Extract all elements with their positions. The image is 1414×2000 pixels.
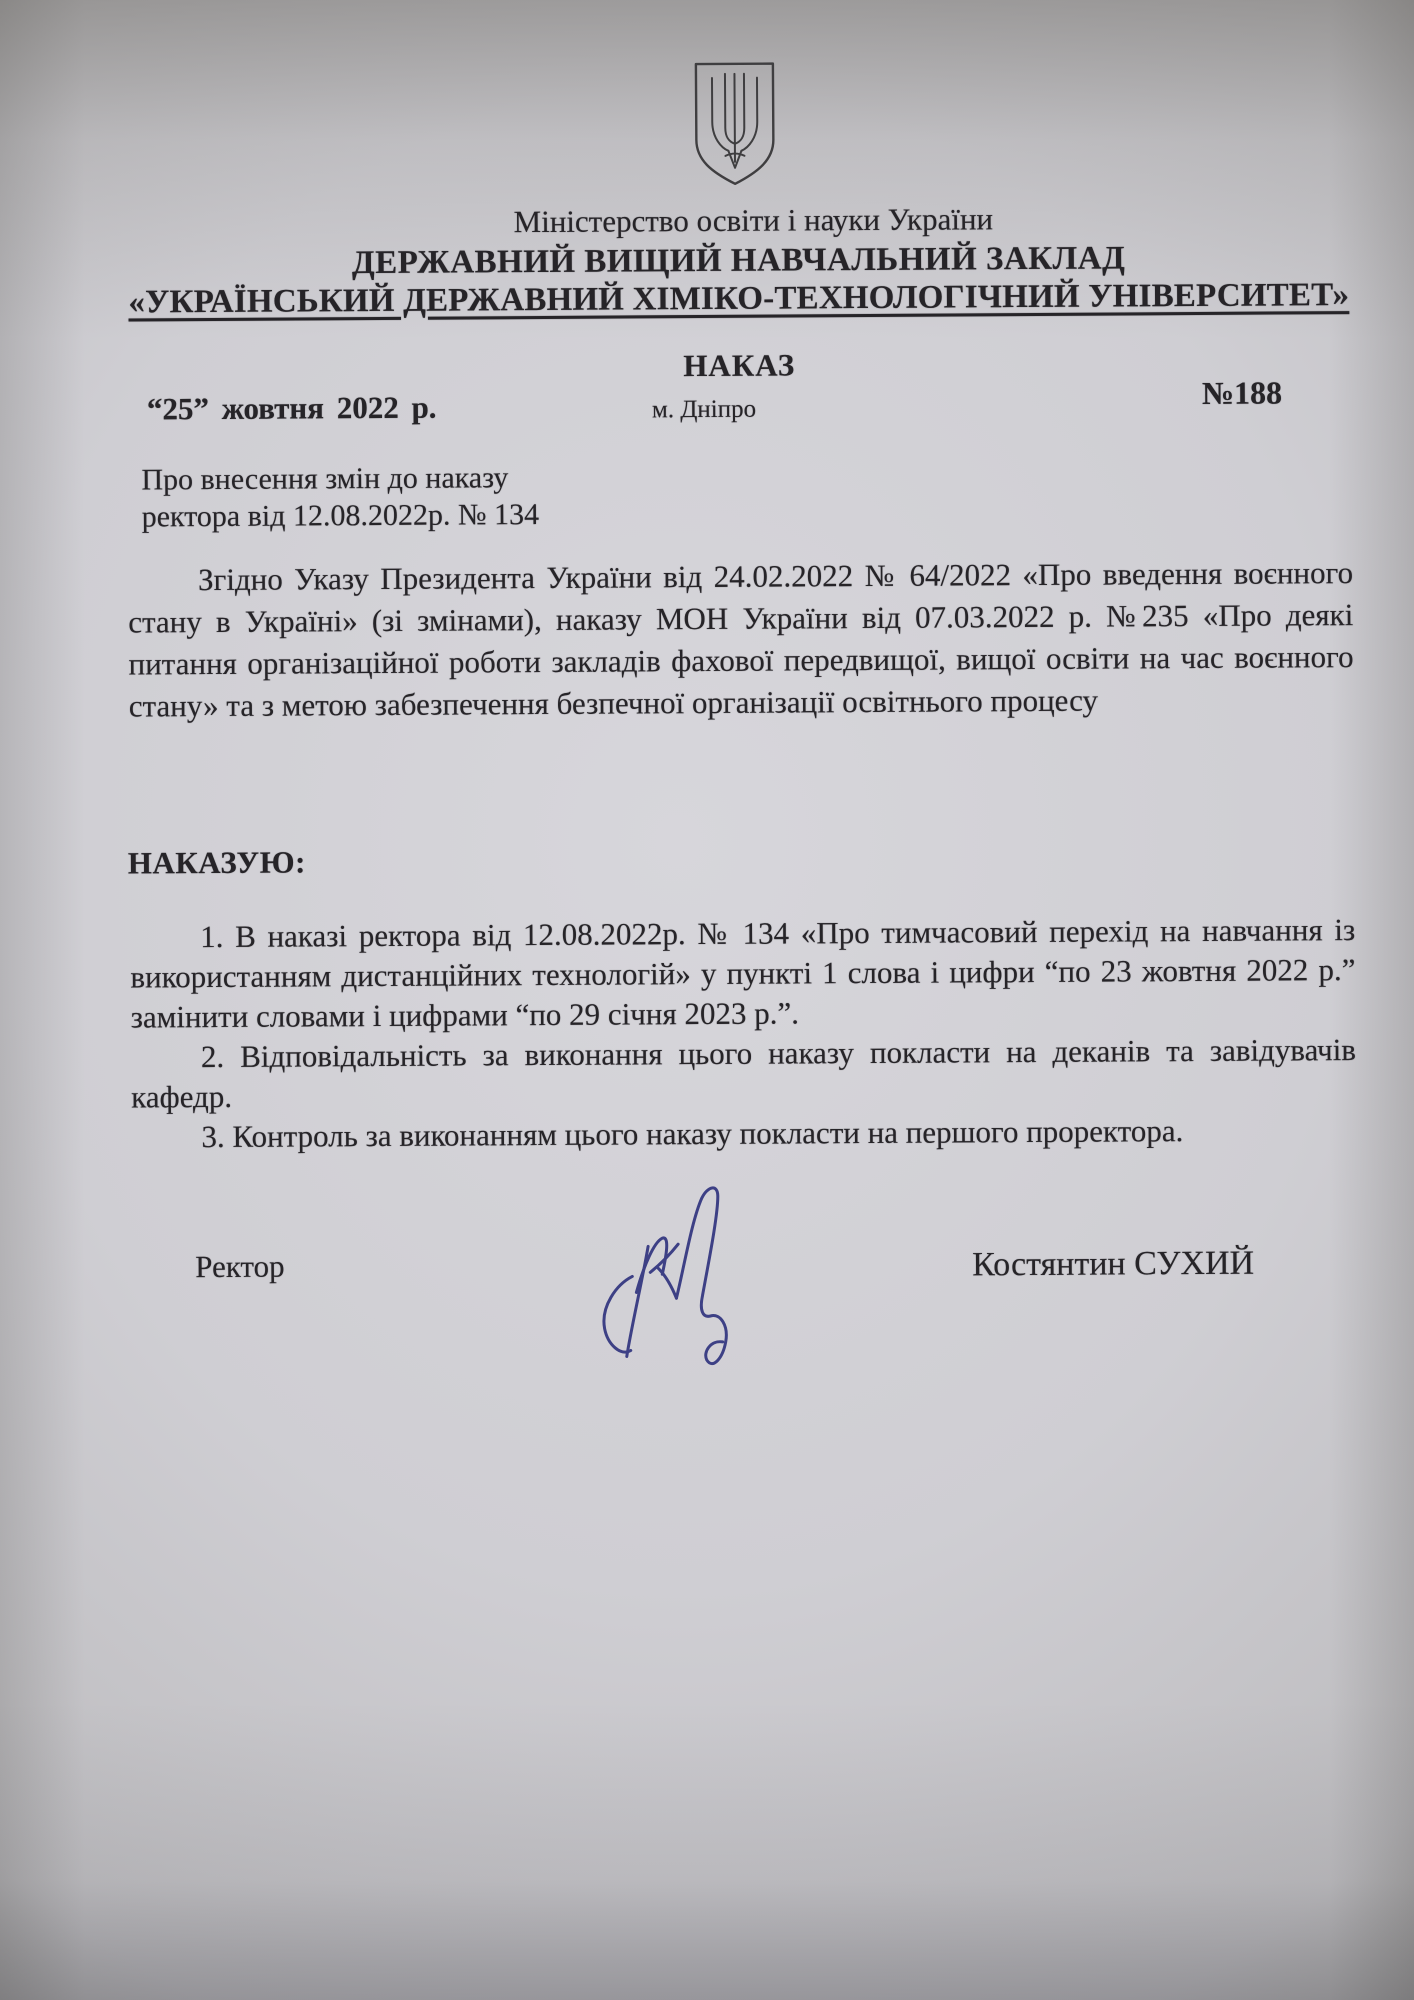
order-item-1: 1. В наказі ректора від 12.08.2022р. № 1… bbox=[130, 910, 1356, 1037]
signer-name: Костянтин СУХИЙ bbox=[972, 1245, 1254, 1285]
institution-name-line: «УКРАЇНСЬКИЙ ДЕРЖАВНИЙ ХІМІКО-ТЕХНОЛОГІЧ… bbox=[126, 277, 1351, 321]
handwritten-signature bbox=[592, 1180, 743, 1386]
document-content: Міністерство освіти і науки України ДЕРЖ… bbox=[0, 0, 1414, 2000]
order-item-3: 3. Контроль за виконанням цього наказу п… bbox=[131, 1110, 1356, 1157]
signer-title: Ректор bbox=[195, 1249, 285, 1286]
ukraine-tryzub-emblem-icon bbox=[688, 58, 782, 191]
order-date: “25” жовтня 2022 р. bbox=[147, 390, 437, 428]
scanned-order-page: Міністерство освіти і науки України ДЕРЖ… bbox=[0, 0, 1414, 2000]
subject-line-2: ректора від 12.08.2022р. № 134 bbox=[142, 496, 540, 535]
order-subject: Про внесення змін до наказу ректора від … bbox=[141, 459, 539, 535]
subject-line-1: Про внесення змін до наказу bbox=[141, 459, 539, 498]
order-heading: НАКАЗУЮ: bbox=[128, 844, 306, 881]
order-city: м. Дніпро bbox=[652, 396, 756, 425]
institution-type-line: ДЕРЖАВНИЙ ВИЩИЙ НАВЧАЛЬНИЙ ЗАКЛАД bbox=[126, 239, 1351, 283]
order-item-2: 2. Відповідальність за виконання цього н… bbox=[131, 1030, 1356, 1117]
ministry-line: Міністерство освіти і науки України bbox=[141, 199, 1366, 242]
order-preamble: Згідно Указу Президента України від 24.0… bbox=[128, 552, 1354, 727]
order-items: 1. В наказі ректора від 12.08.2022р. № 1… bbox=[130, 910, 1356, 1157]
doc-type-title: НАКАЗ bbox=[127, 344, 1352, 387]
order-number: №188 bbox=[1202, 374, 1282, 411]
